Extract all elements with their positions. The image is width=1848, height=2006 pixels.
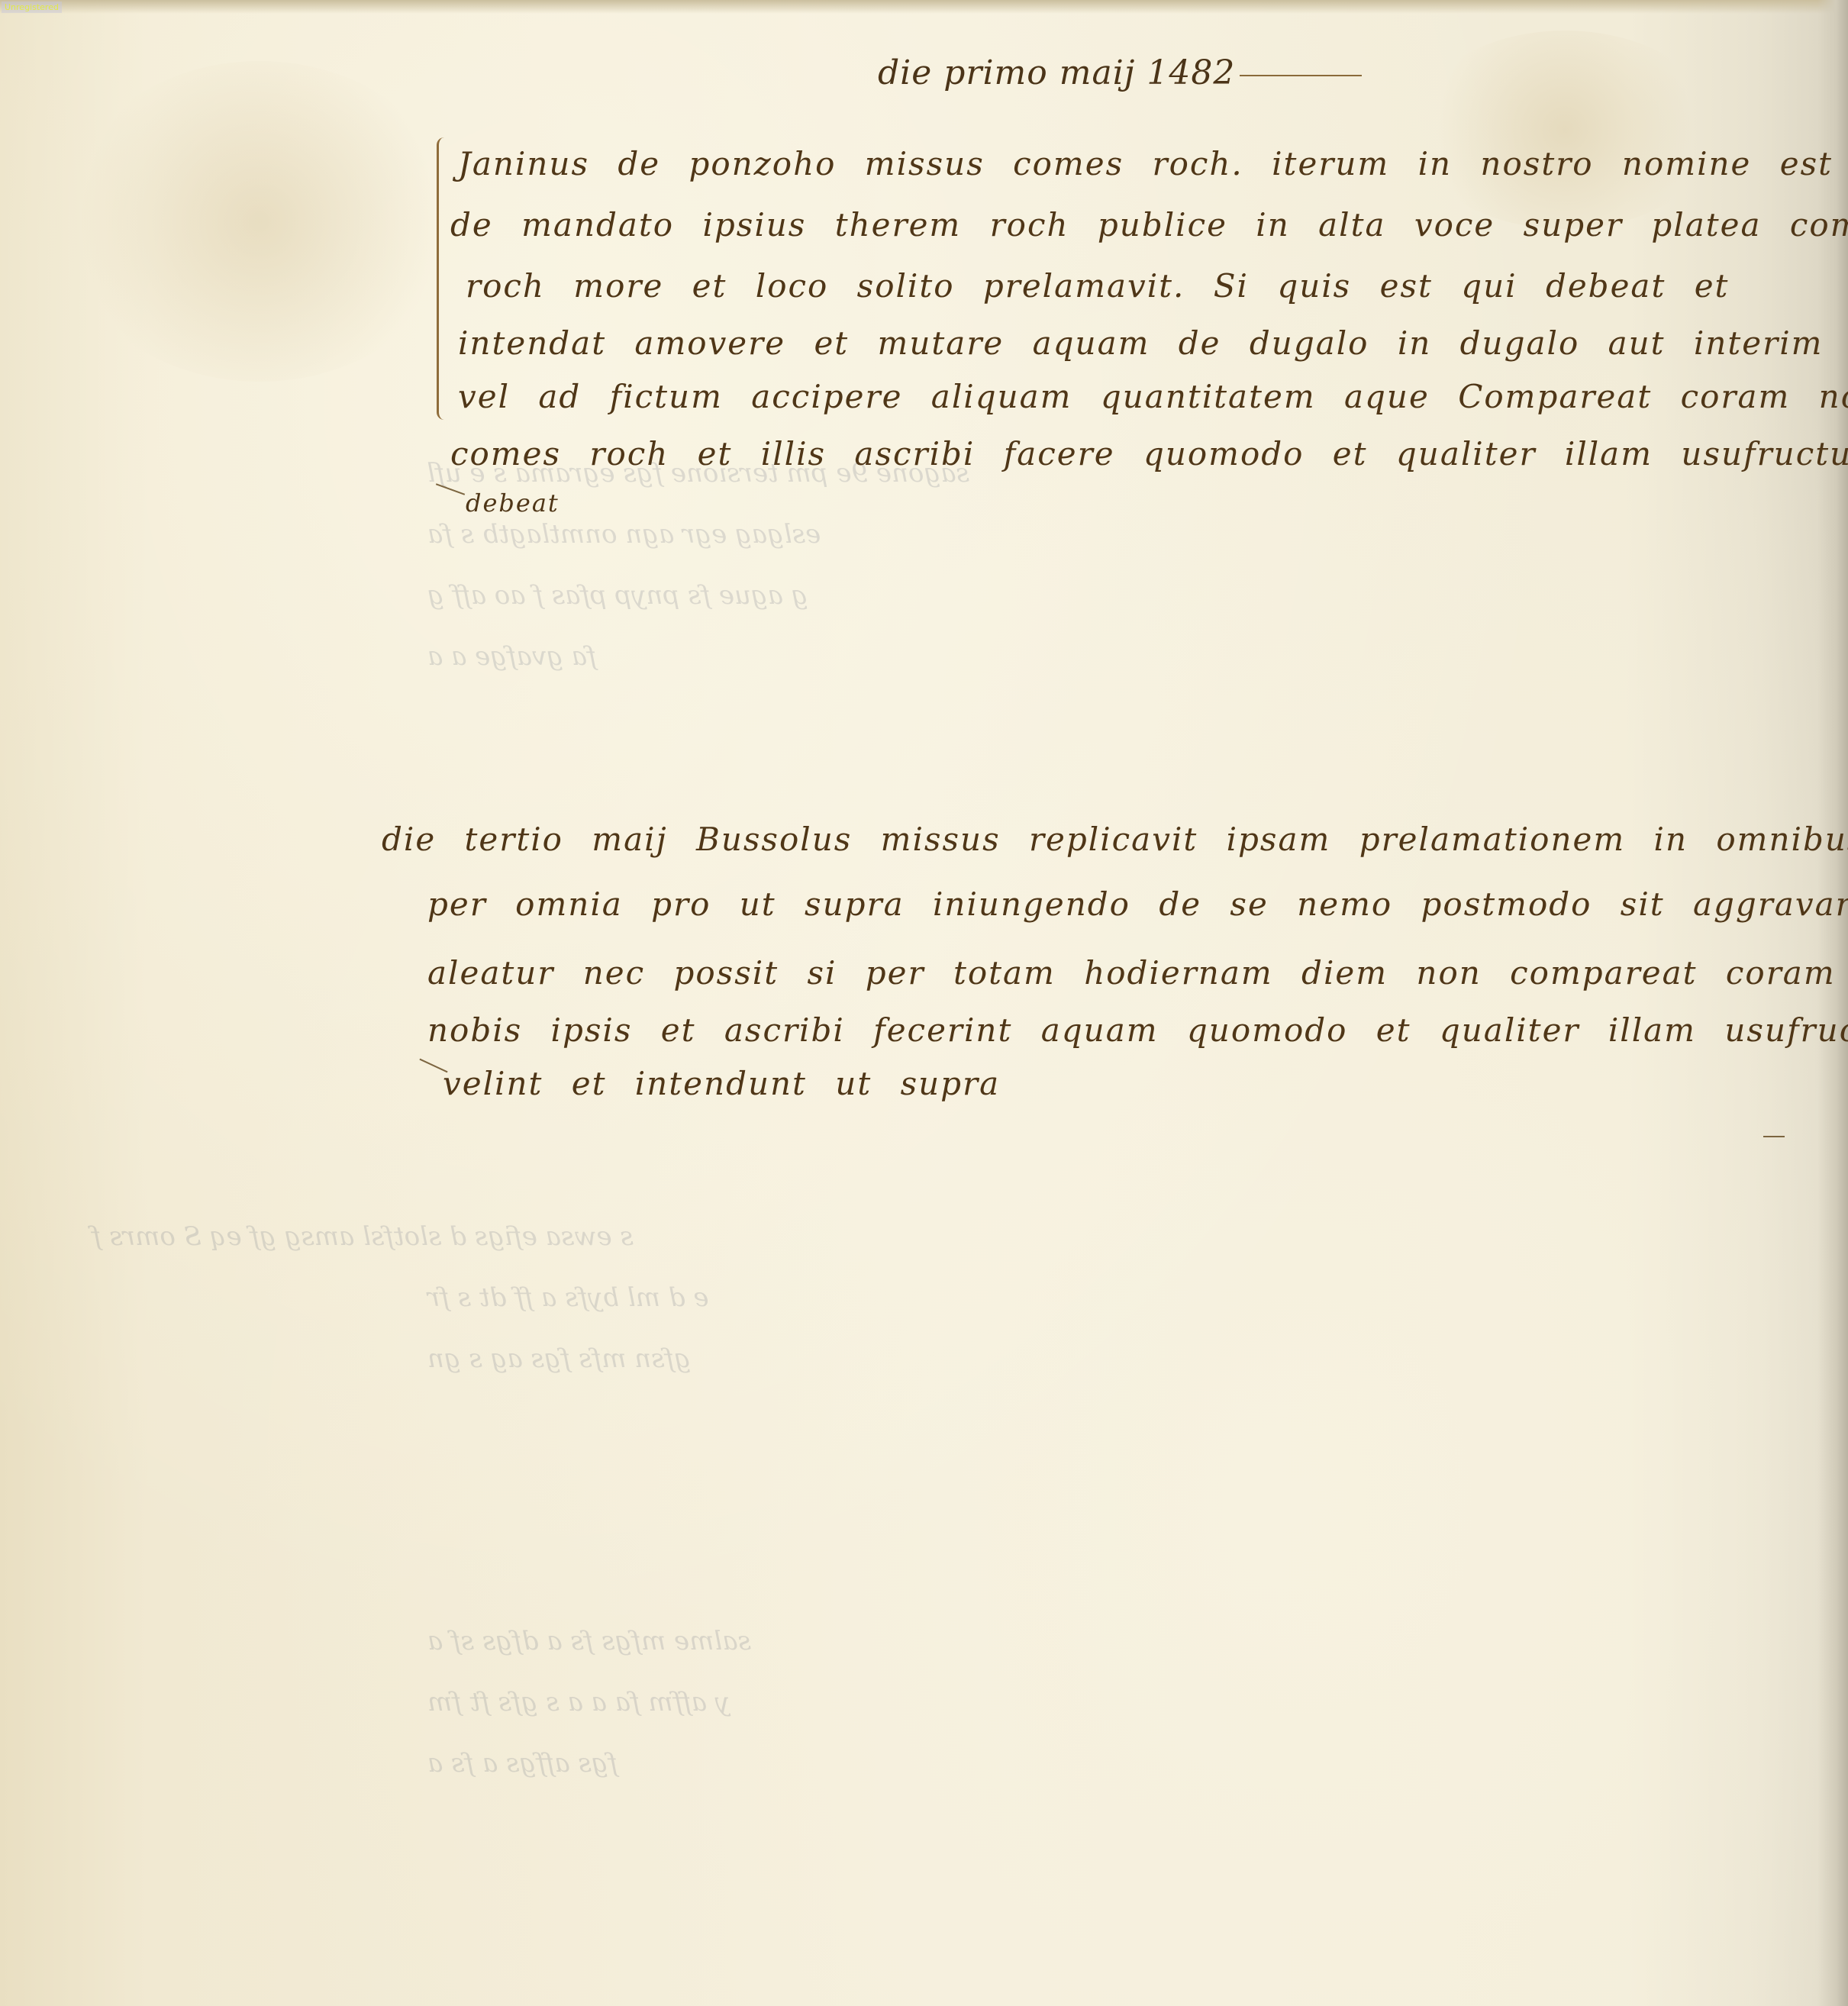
- entry-date-heading: die primo maij 1482: [878, 53, 1362, 92]
- text-line: aleatur nec possit si per totam hodierna…: [427, 954, 1836, 992]
- paper-stain: [1412, 31, 1717, 229]
- margin-mark: [1763, 1136, 1785, 1137]
- flourish-stroke: [1240, 75, 1362, 76]
- bleed-through-text: s ewsa efigs d slotfsl amsg gf eq S omrs…: [92, 1221, 634, 1252]
- manuscript-page: Unregistered sagone 9e pm tersione fgs e…: [0, 0, 1848, 2006]
- text-line: velint et intendunt ut supra: [443, 1065, 1000, 1102]
- text-line: die tertio maij Bussolus missus replicav…: [382, 821, 1848, 858]
- paper-stain: [61, 61, 458, 382]
- bleed-through-text: salme mfgs fs a dfgs sf a: [427, 1626, 751, 1656]
- text-line: intendat amovere et mutare aquam de duga…: [458, 324, 1823, 362]
- text-line: comes roch et illis ascribi facere quomo…: [450, 435, 1848, 472]
- text-line: nobis ipsis et ascribi fecerint aquam qu…: [427, 1011, 1848, 1049]
- text-line: per omnia pro ut supra iniungendo de se …: [427, 885, 1848, 923]
- bleed-through-text: fa gvafge a a: [427, 641, 597, 672]
- text-line: Janinus de ponzoho missus comes roch. it…: [458, 145, 1833, 182]
- text-line: vel ad fictum accipere aliquam quantitat…: [458, 378, 1848, 415]
- page-top-edge: [0, 0, 1848, 14]
- bleed-through-text: fgs affgs a fs a: [427, 1748, 618, 1779]
- heading-text: die primo maij 1482: [878, 53, 1235, 92]
- bleed-through-text: e d ml byfs a ff dt s fr: [427, 1282, 709, 1313]
- text-line: roch more et loco solito prelamavit. Si …: [466, 267, 1729, 305]
- page-gutter-edge: [1817, 0, 1848, 2006]
- bleed-through-text: y affm fa a a s gfs ft fm: [427, 1687, 730, 1717]
- bleed-through-text: g ague fs pnyp pfas f ao aff g: [427, 580, 808, 611]
- text-line: de mandato ipsius therem roch publice in…: [450, 206, 1848, 243]
- text-line: debeat: [466, 489, 560, 518]
- unregistered-watermark: Unregistered: [2, 2, 62, 13]
- margin-bracket: [437, 137, 450, 420]
- bleed-through-text: eslgag egr agn onmtlagtb s fa: [427, 519, 821, 550]
- bleed-through-text: gfsn mfs fgs ag s gn: [427, 1343, 691, 1374]
